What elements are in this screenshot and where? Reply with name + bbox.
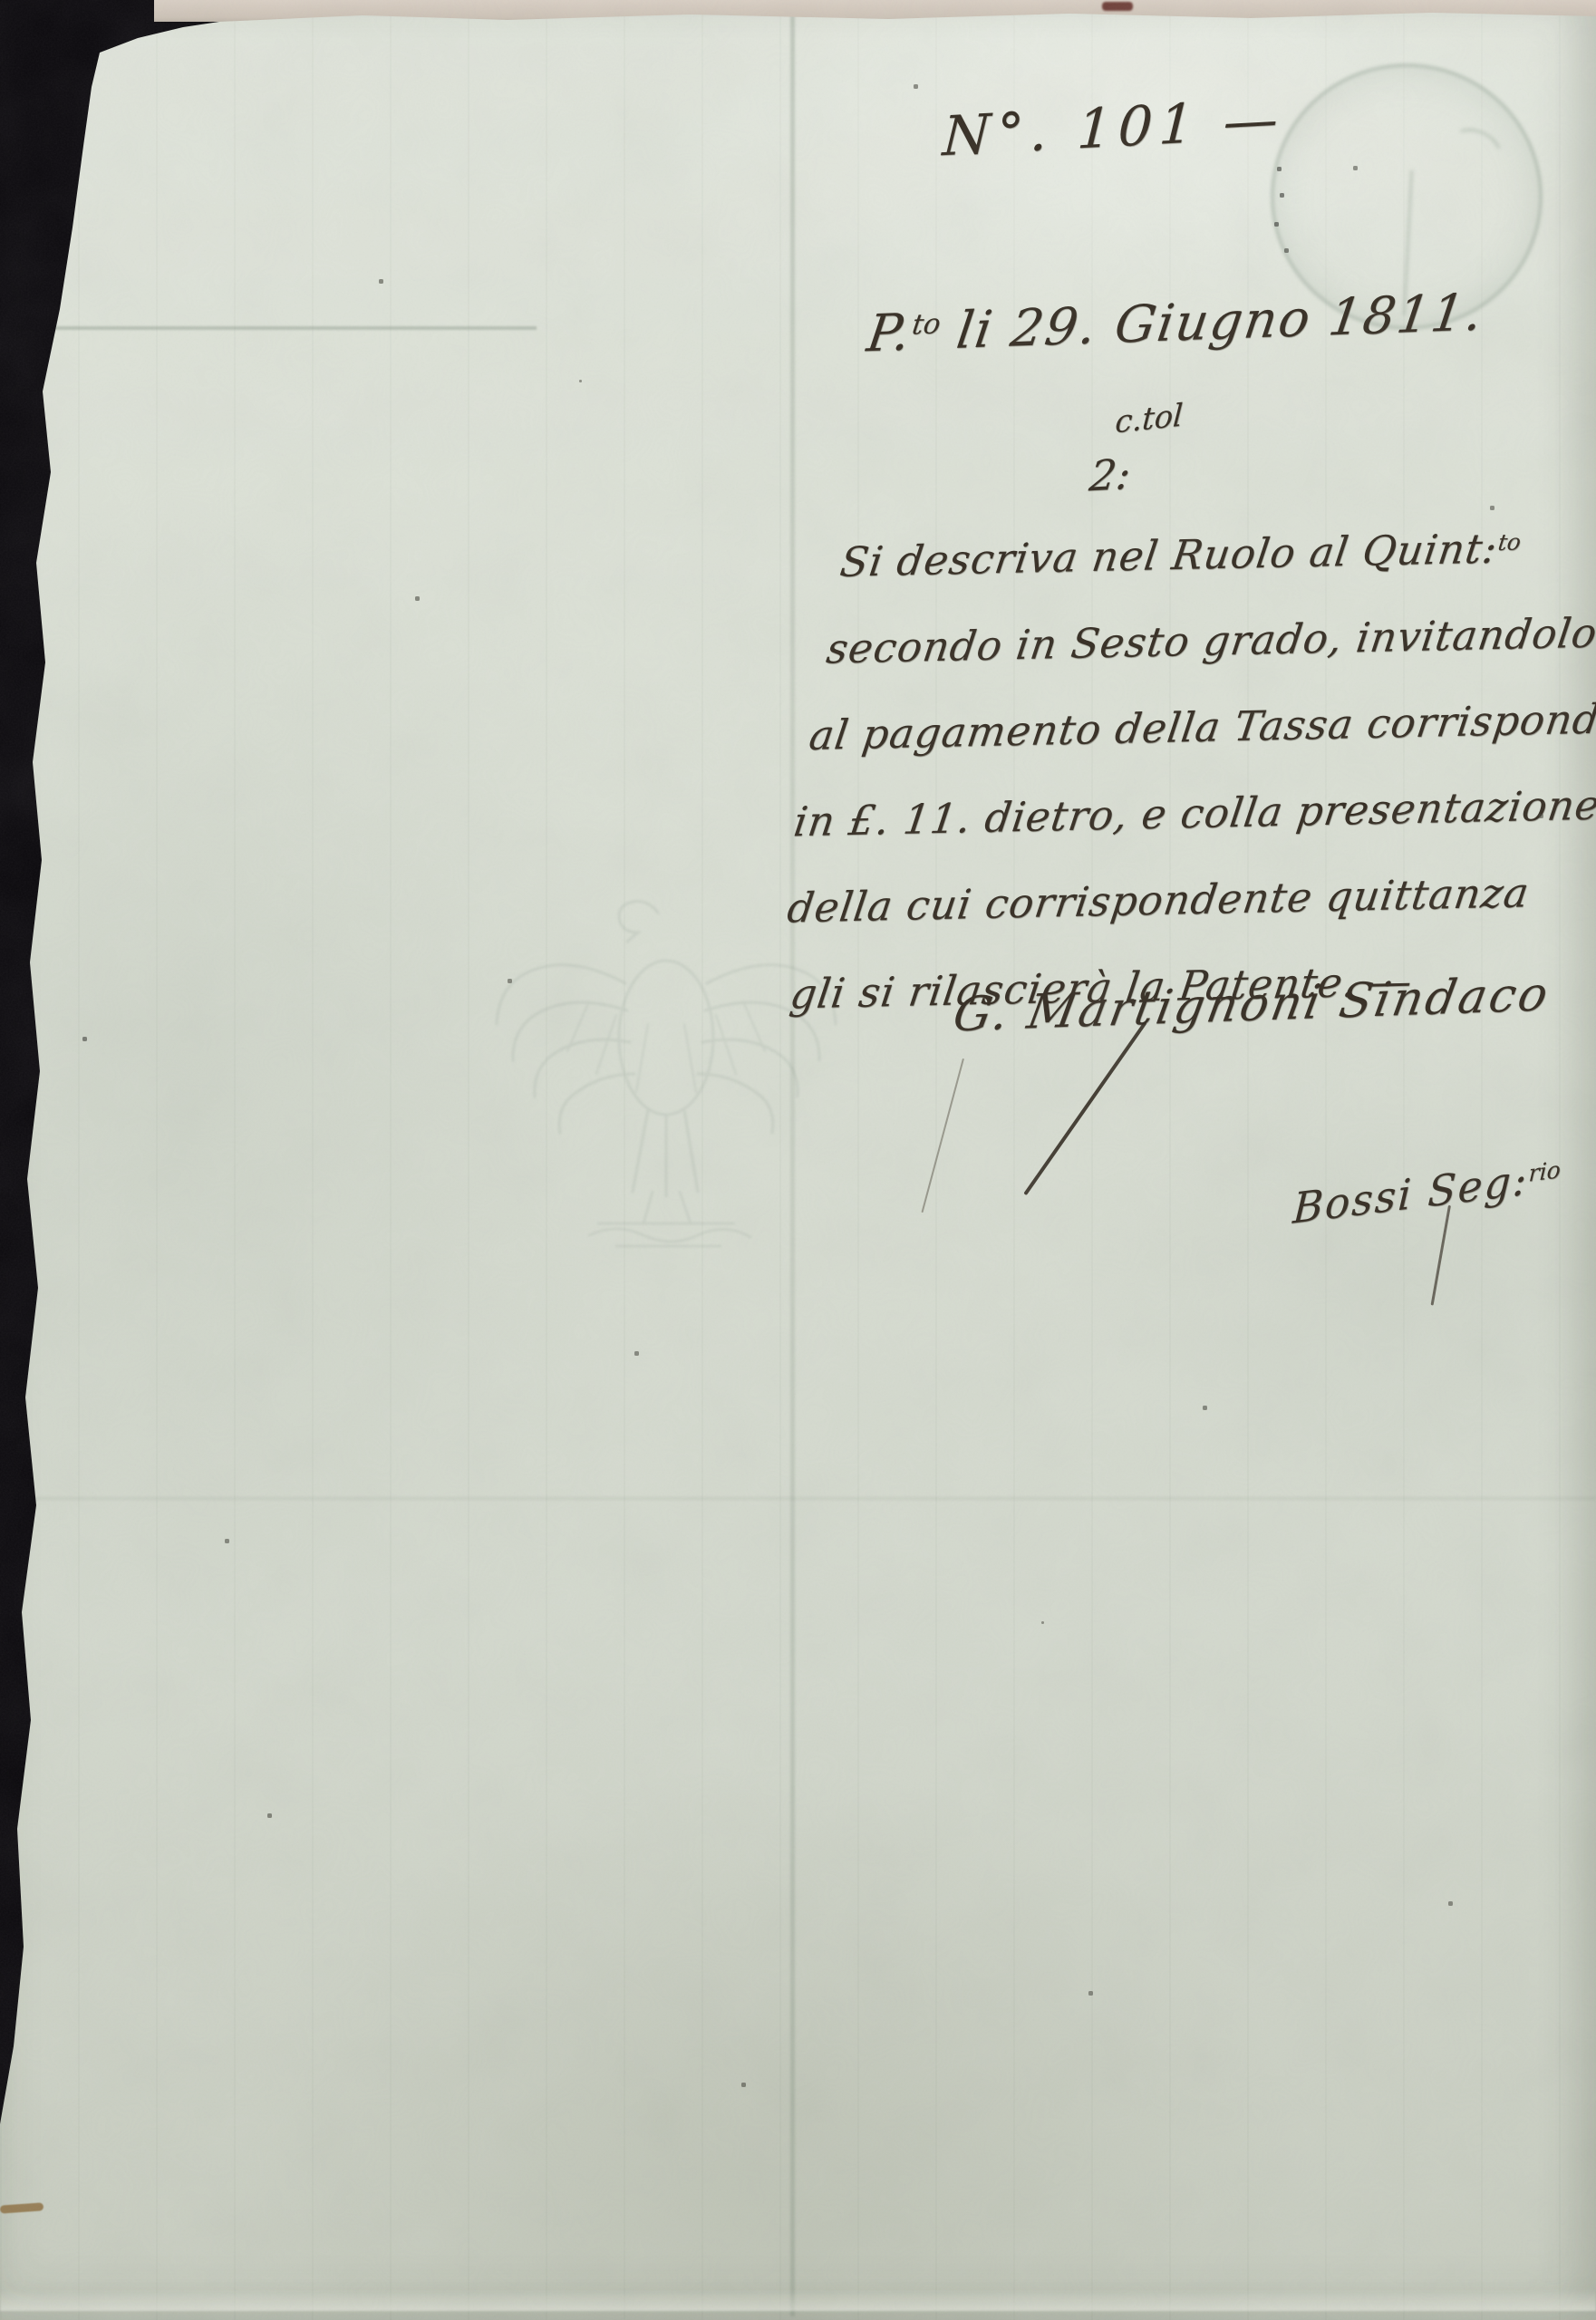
clerk-annotation: 2: <box>1087 449 1133 501</box>
date-line: P.to li 29. Giugno 1811. <box>864 283 1488 363</box>
paper-sheet: N°. 101 — P.to li 29. Giugno 1811. c.tol… <box>0 0 1596 2320</box>
body-line-2: secondo in Sesto grado, invitandolo <box>821 587 1596 692</box>
dateline-date: li 29. Giugno 1811. <box>935 283 1488 361</box>
body-line-1-text: Si descriva nel Ruolo al Quint: <box>837 525 1501 586</box>
ink-specks <box>0 0 1 1</box>
body-line-4: in £. 11. dietro, e colla presentazione <box>788 759 1596 865</box>
body-line-3: al pagamento della Tassa corrispondente <box>804 673 1596 778</box>
secretary-name: Bossi Seg: <box>1291 1155 1530 1233</box>
bottom-paper-edge-highlight <box>0 2289 1596 2311</box>
document-number: N°. 101 — <box>941 87 1285 169</box>
horizontal-crease-faint <box>0 1497 1596 1500</box>
horizontal-crease <box>0 326 537 330</box>
secretary-signature-flourish <box>1431 1205 1451 1306</box>
body-text: Si descriva nel Ruolo al Quint:to second… <box>776 495 1596 1038</box>
brown-fiber-mark <box>0 2202 44 2213</box>
body-line-5: della cui corrispondente quittanza <box>782 846 1596 952</box>
clerk-annotation-superscript: c.tol <box>1114 397 1184 440</box>
body-line-1: Si descriva nel Ruolo al Quint:to <box>835 495 1596 605</box>
body-line-1-superscript: to <box>1496 528 1523 556</box>
signature-flourish-stroke <box>1023 1021 1146 1195</box>
dateline-place-abbrev: P. <box>864 303 915 363</box>
red-edge-mark <box>1102 2 1133 11</box>
secretary-title-superscript: rio <box>1528 1156 1562 1187</box>
photograph-of-document: N°. 101 — P.to li 29. Giugno 1811. c.tol… <box>0 0 1596 2320</box>
stamp-inner-arc <box>1436 120 1511 188</box>
secretary-signature: Bossi Seg:rio <box>1291 1151 1562 1233</box>
signature-hairline-stroke <box>921 1058 963 1213</box>
